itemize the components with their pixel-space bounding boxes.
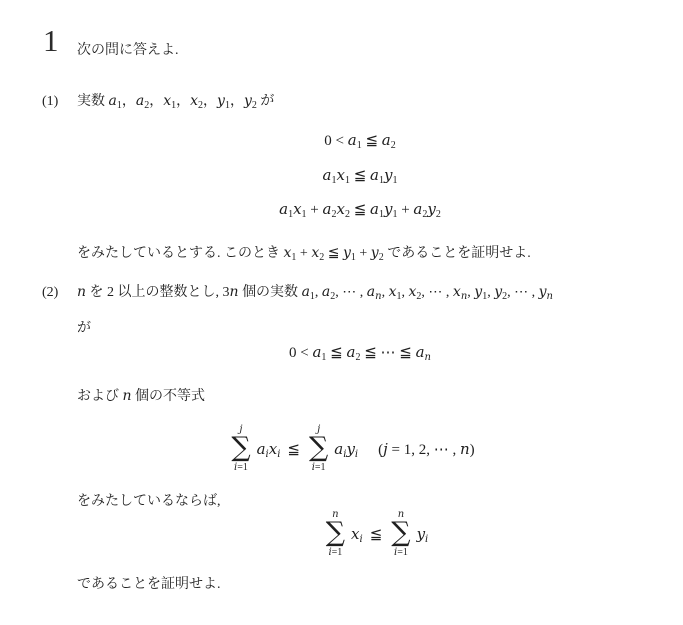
sigma-icon: ∑	[309, 436, 328, 460]
part2-conclusion: であることを証明せよ.	[77, 576, 221, 593]
part2-pre-sum: および n 個の不等式	[77, 388, 205, 405]
part1-label: (1)	[42, 93, 58, 110]
sigma-icon: ∑	[326, 521, 345, 545]
part1-equation-2: a1x1 ≦ a1y1	[37, 167, 683, 185]
summation-right: j ∑ i=1	[309, 425, 328, 472]
summation-left: n ∑ i=1	[326, 510, 345, 557]
relation-symbol: ≦	[287, 440, 300, 459]
sum-lower-limit: i=1	[328, 548, 342, 558]
relation-symbol: ≦	[370, 525, 383, 544]
part1-lead: 実数 a1，a2，x1，x2，y1，y2 が	[77, 93, 274, 110]
index-range: (j = 1, 2, ⋯ , n)	[378, 440, 475, 459]
part2-equation-1: 0 < a1 ≦ a2 ≦ ⋯ ≦ an	[37, 344, 683, 362]
part1-equation-3: a1x1 + a2x2 ≦ a1y1 + a2y2	[37, 201, 683, 219]
part2-label: (2)	[42, 284, 58, 301]
part1-equation-1: 0 < a1 ≦ a2	[37, 132, 683, 150]
part2-final-sum-inequality: n ∑ i=1 xi ≦ n ∑ i=1 yi	[53, 506, 683, 562]
summation-left: j ∑ i=1	[231, 425, 250, 472]
sigma-icon: ∑	[231, 436, 250, 460]
part1-conclusion: をみたしているとする. このとき x1 + x2 ≦ y1 + y2 であること…	[77, 245, 531, 262]
sum-lower-limit: i=1	[394, 548, 408, 558]
sum-lower-limit: i=1	[234, 463, 248, 473]
problem-number: 1	[43, 25, 59, 56]
sum-body-right: yi	[417, 525, 429, 544]
sum-body-left: aixi	[257, 440, 281, 459]
sum-body-left: xi	[351, 525, 363, 544]
part2-lead: n を 2 以上の整数とし, 3n 個の実数 a1, a2, ⋯ , an, x…	[77, 284, 553, 301]
problem-intro: 次の問に答えよ.	[77, 42, 179, 59]
sum-lower-limit: i=1	[312, 463, 326, 473]
sigma-icon: ∑	[391, 521, 410, 545]
sum-body-right: aiyi	[334, 440, 358, 459]
part2-sum-inequality: j ∑ i=1 aixi ≦ j ∑ i=1 aiyi (j = 1, 2, ⋯…	[29, 420, 675, 478]
summation-right: n ∑ i=1	[391, 510, 410, 557]
document-page: 1 次の問に答えよ. (1) 実数 a1，a2，x1，x2，y1，y2 が 0 …	[0, 0, 683, 625]
part2-lead-ga: が	[77, 320, 91, 337]
